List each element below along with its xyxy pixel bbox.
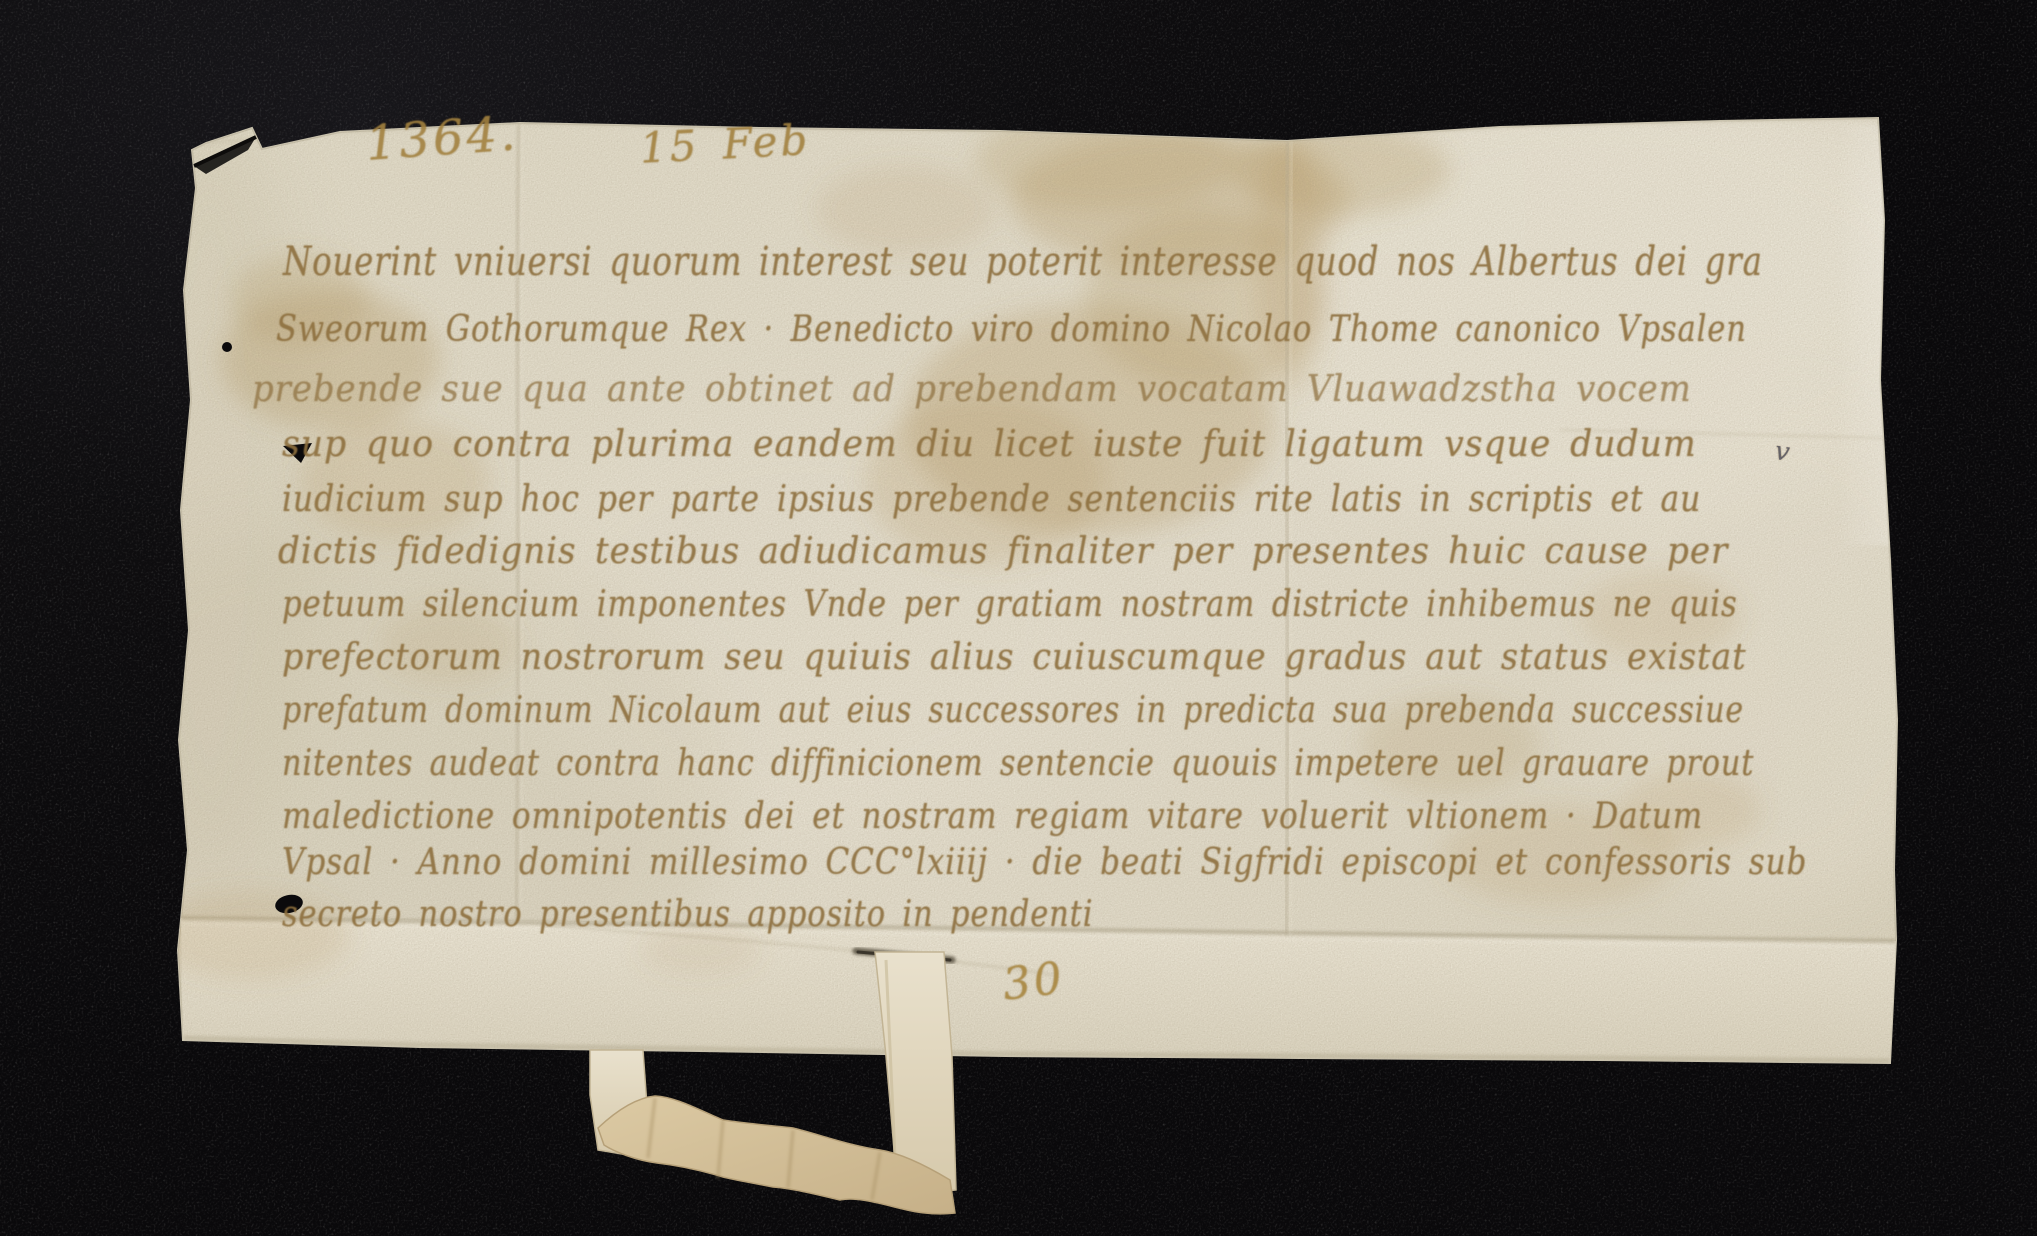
charter-line: Nouerint vniuersi quorum interest seu po… xyxy=(283,242,1763,282)
charter-line: sup quo contra plurima eandem diu licet … xyxy=(282,427,1697,463)
charter-line: secreto nostro presentibus apposito in p… xyxy=(282,897,1093,933)
dorse-number: 30 xyxy=(1000,953,1068,1011)
date-annotation: 15 Feb xyxy=(639,115,812,173)
charter-line: iudicium sup hoc per parte ipsius preben… xyxy=(282,482,1701,518)
charter-line: dictis fidedignis testibus adiudicamus f… xyxy=(278,534,1728,570)
charter-line: prefatum dominum Nicolaum aut eius succe… xyxy=(282,693,1744,729)
charter-line: Sweorum Gothorumque Rex · Benedicto viro… xyxy=(276,312,1747,348)
charter-line: Vpsal · Anno domini millesimo CCC°lxiiij… xyxy=(282,845,1807,881)
charter-line: petuum silencium imponentes Vnde per gra… xyxy=(282,587,1738,623)
charter-line: prefectorum nostrorum seu quiuis alius c… xyxy=(282,640,1747,676)
charter-line: prebende sue qua ante obtinet ad prebend… xyxy=(252,372,1692,408)
charter-line: nitentes audeat contra hanc diffinicione… xyxy=(282,746,1754,782)
charter-line: maledictione omnipotentis dei et nostram… xyxy=(282,799,1703,835)
charter-photograph: 1364. 15 Feb Nouerint vniuersi quorum in… xyxy=(0,0,2037,1236)
year-annotation: 1364. xyxy=(364,105,520,171)
